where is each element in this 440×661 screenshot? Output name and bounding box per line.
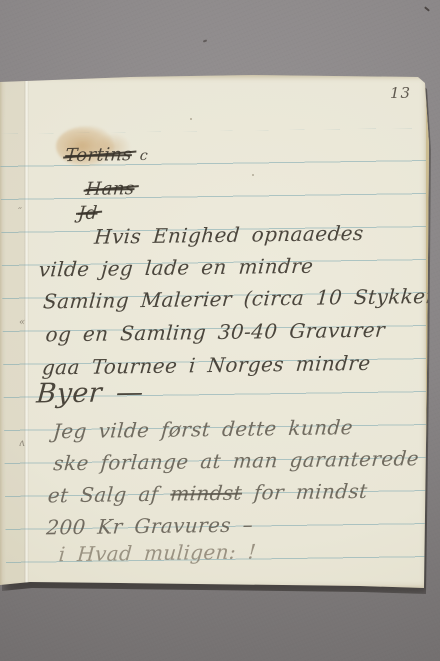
struck-word: Jd [77, 203, 98, 224]
line-segment: et Salg af [47, 482, 171, 508]
handwriting-line: i Hvad muligen: ! [58, 538, 258, 567]
struck-word: Tortins [64, 144, 132, 166]
handwriting-layer: Tortinsc Hans Jd Hvis Enighed opnaaedes … [0, 68, 437, 591]
dust-fiber [424, 6, 430, 11]
dust-fiber [203, 39, 207, 42]
struck-word: mindst [169, 481, 243, 506]
handwriting-line: gaa Tournee i Norges mindre [41, 350, 371, 381]
handwriting-line: et Salg af mindst for mindst [47, 478, 369, 508]
handwriting-line: Jeg vilde først dette kunde [52, 414, 354, 444]
struck-word: Hans [85, 178, 135, 200]
handwriting-line: og en Samling 30-40 Gravurer [45, 317, 386, 348]
handwriting-line: 200 Kr Gravures – [45, 511, 254, 540]
notebook-page: 13 ˶ « ʌ Tortinsc Hans Jd Hvis Enighed o… [0, 74, 430, 591]
handwriting-line: Byer — [36, 380, 145, 408]
line-segment: for mindst [241, 479, 368, 505]
handwriting-line-struck: Hans [85, 176, 136, 203]
handwriting-line-struck: Tortinsc [64, 142, 149, 170]
handwriting-line: Samling Malerier (circa 10 Stykker) [42, 283, 440, 315]
handwriting-line: Hvis Enighed opnaaedes [93, 220, 364, 250]
handwriting-line: ske forlange at man garanterede [52, 445, 420, 476]
handwriting-line: vilde jeg lade en mindre [38, 253, 315, 283]
struck-line-tail: c [139, 148, 148, 164]
